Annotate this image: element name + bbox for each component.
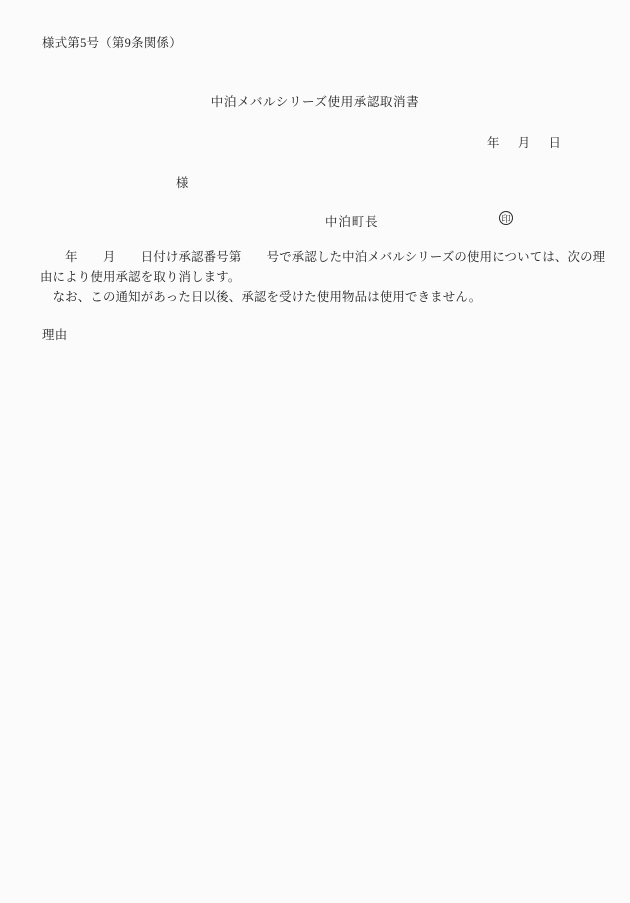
issuer-title: 中泊町長: [325, 214, 379, 230]
date-placeholder: 年 月 日: [487, 135, 564, 151]
body-line-2: 由により使用承認を取り消します。: [40, 267, 600, 287]
body-line-1: 年 月 日付け承認番号第 号で承認した中泊メバルシリーズの使用については、次の理: [40, 247, 600, 267]
document-page: 様式第5号（第9条関係） 中泊メバルシリーズ使用承認取消書 年 月 日 様 中泊…: [0, 0, 630, 903]
seal-icon: 印: [499, 211, 513, 225]
body-line-3: なお、この通知があった日以後、承認を受けた使用物品は使用できません。: [40, 287, 600, 307]
document-title: 中泊メバルシリーズ使用承認取消書: [0, 94, 630, 110]
addressee-honorific: 様: [176, 175, 189, 191]
reason-label: 理由: [42, 327, 67, 343]
form-number: 様式第5号（第9条関係）: [42, 35, 182, 51]
body-paragraphs: 年 月 日付け承認番号第 号で承認した中泊メバルシリーズの使用については、次の理…: [40, 247, 600, 307]
